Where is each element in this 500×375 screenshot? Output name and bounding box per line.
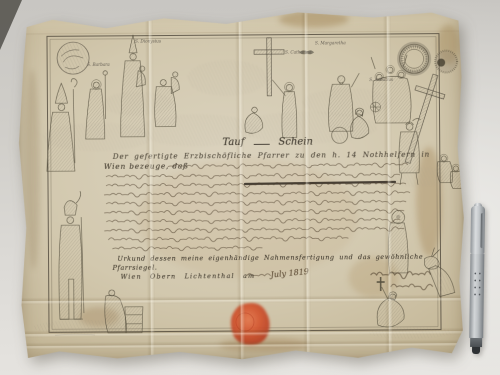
closing-place-line: Wien Obern Lichtenthal am bbox=[121, 272, 256, 281]
photo-background: S. Barbara S. Dionysius S. Catharina S. … bbox=[0, 0, 500, 375]
wheel-engraving bbox=[370, 102, 380, 112]
medallion-engraving bbox=[57, 42, 89, 74]
fold-creases bbox=[17, 6, 463, 9]
pen-grip-dots bbox=[473, 270, 482, 300]
title-flourish bbox=[253, 144, 269, 145]
handwriting-line bbox=[391, 284, 433, 290]
pen-tip bbox=[472, 347, 480, 354]
ink-stamp-icon bbox=[435, 50, 457, 72]
handwriting-line bbox=[168, 163, 408, 169]
saint-label: S. Margaretha bbox=[315, 40, 346, 45]
pen-section bbox=[470, 338, 482, 347]
paper-sheet: S. Barbara S. Dionysius S. Catharina S. … bbox=[17, 6, 465, 361]
handwriting-line bbox=[108, 236, 348, 242]
certificate-paper: S. Barbara S. Dionysius S. Catharina S. … bbox=[17, 6, 465, 361]
parish-stamp-icon bbox=[400, 44, 429, 73]
paper-stains bbox=[17, 6, 463, 9]
kneeling-figure-engraving bbox=[245, 107, 263, 133]
bishop-engraving-tall bbox=[120, 35, 146, 137]
certificate-title: Tauf Schein bbox=[168, 136, 368, 148]
saint-label: S. Barbara bbox=[87, 62, 110, 67]
children-engraving bbox=[437, 154, 463, 189]
pen-clip bbox=[480, 213, 483, 248]
seated-figures-engraving bbox=[154, 72, 179, 127]
pen bbox=[469, 206, 485, 354]
